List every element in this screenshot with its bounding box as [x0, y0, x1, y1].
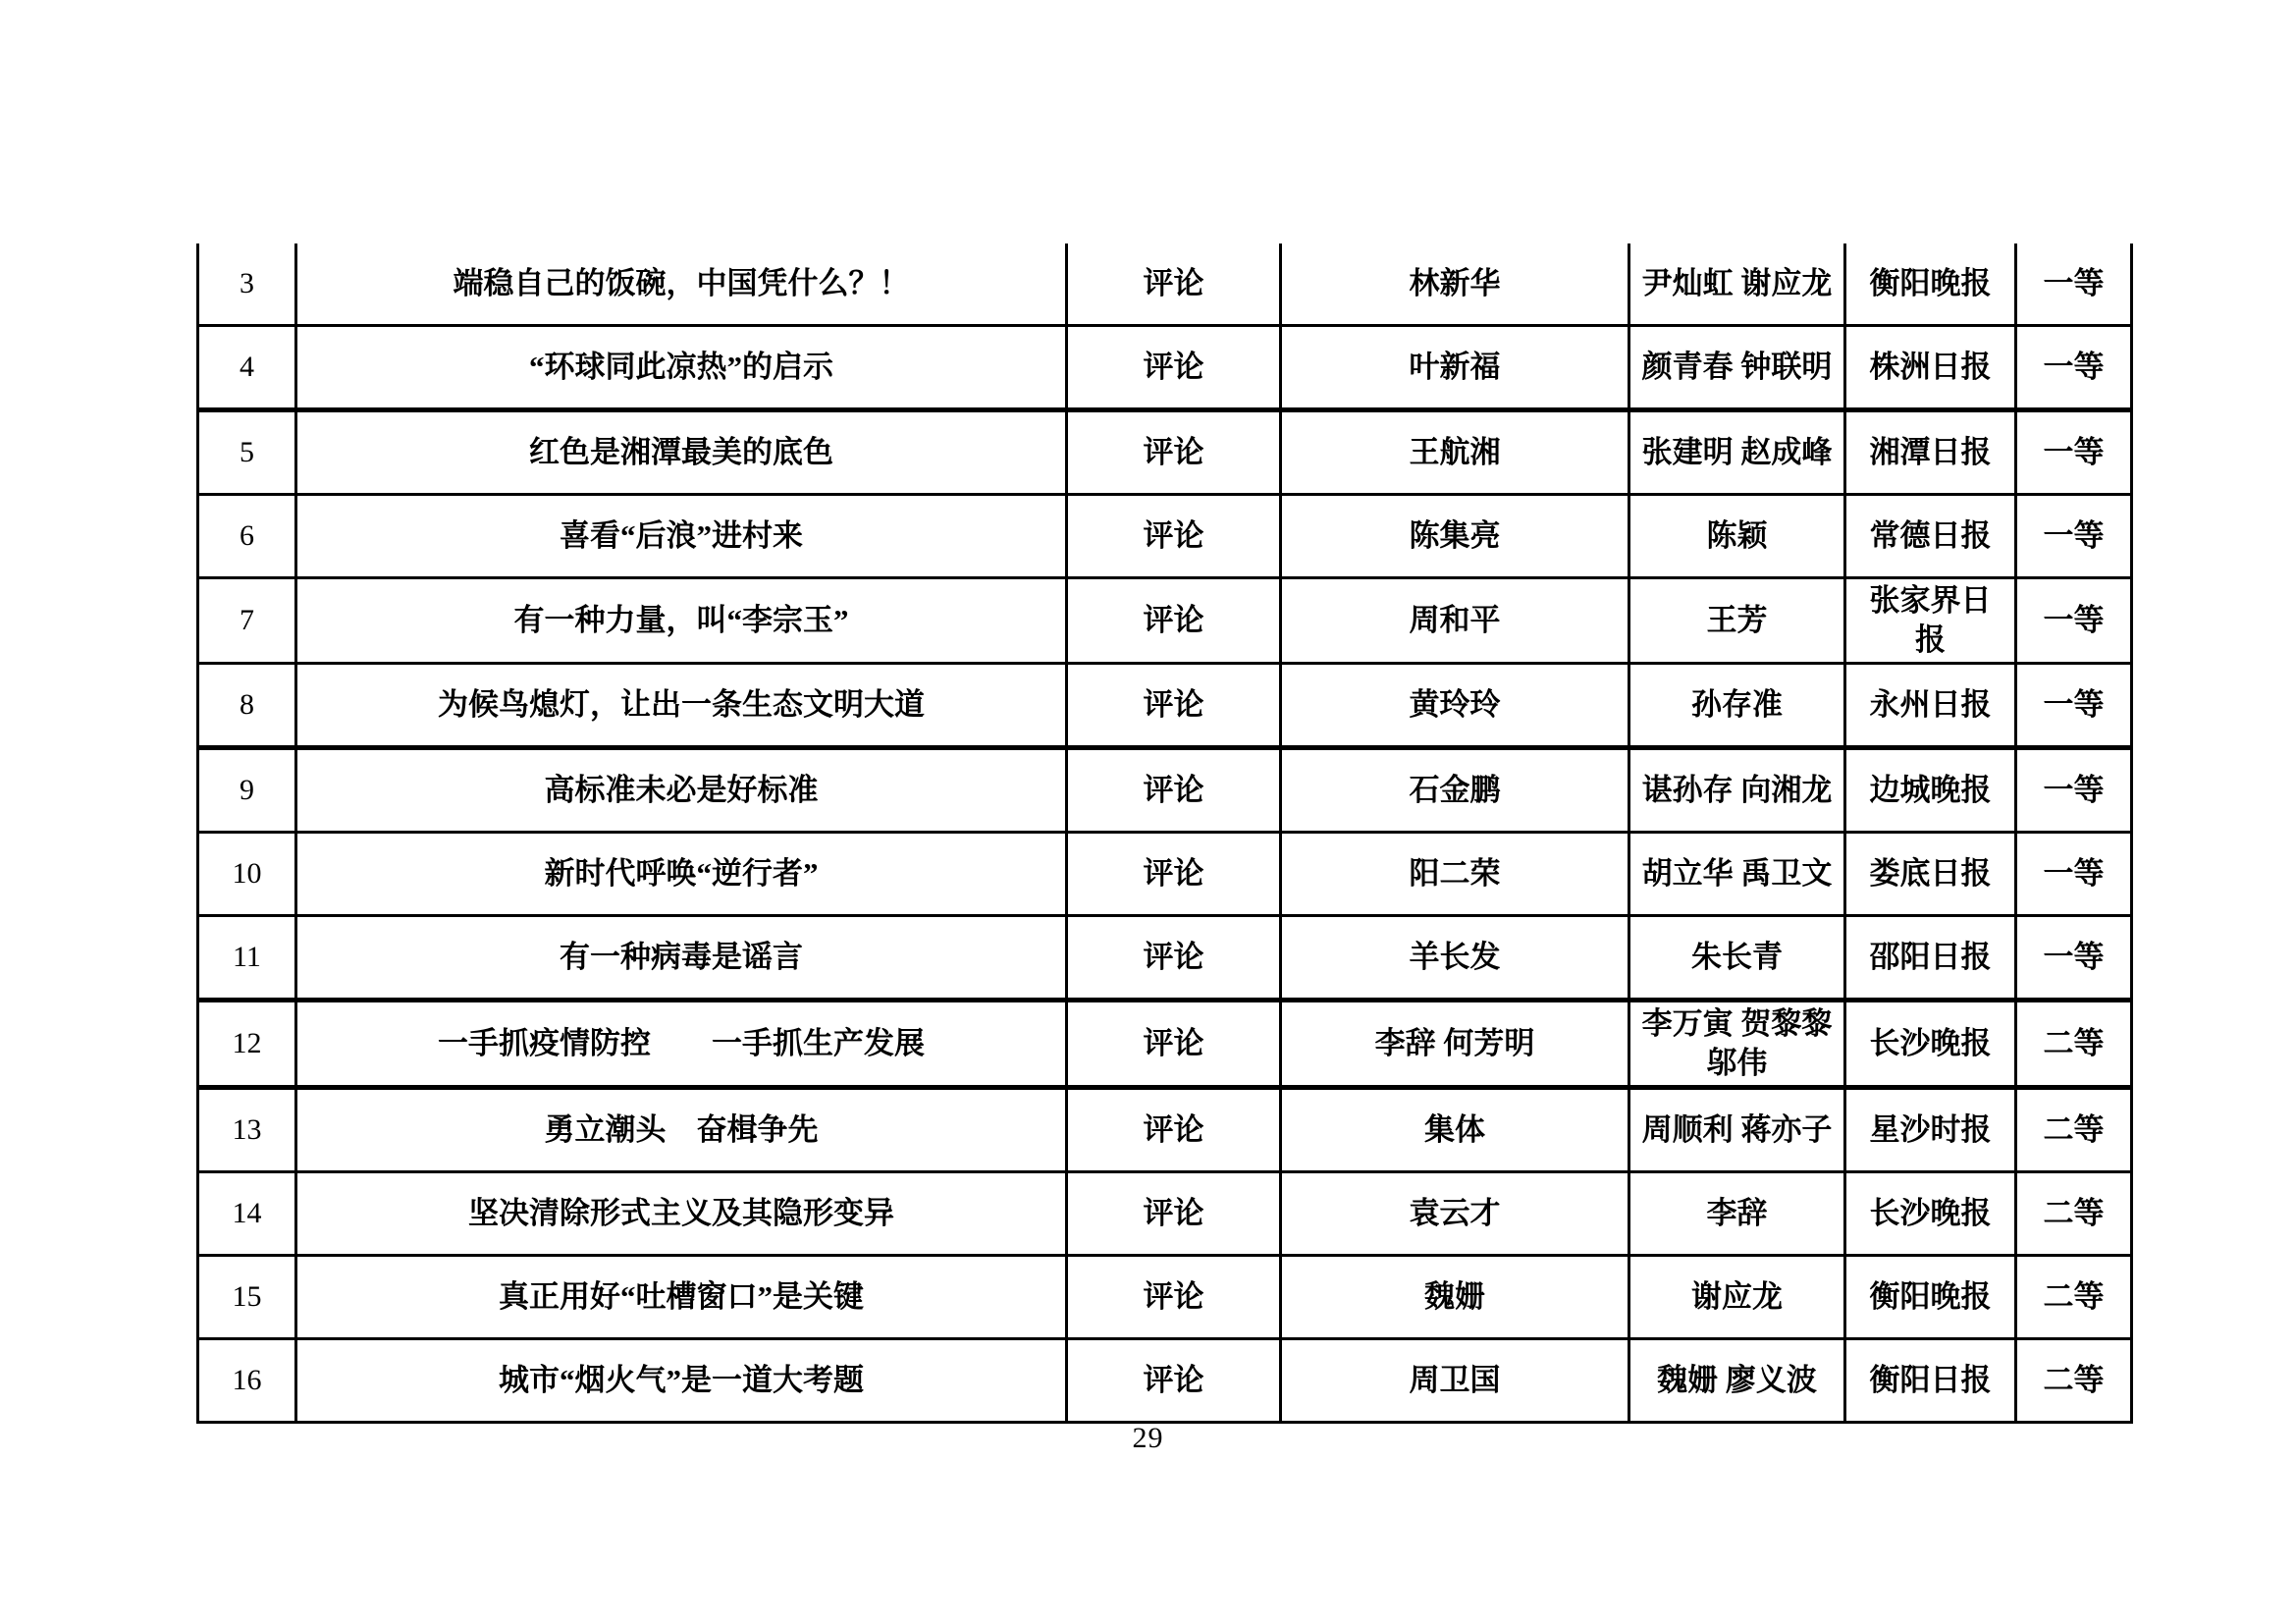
- cell-title: 真正用好“吐槽窗口”是关键: [296, 1256, 1067, 1339]
- cell-editor: 张建明 赵成峰: [1629, 410, 1845, 495]
- table-row: 4“环球同此凉热”的启示评论叶新福颜青春 钟联明株洲日报一等: [198, 326, 2132, 410]
- table-row: 11有一种病毒是谣言评论羊长发朱长青邵阳日报一等: [198, 916, 2132, 1001]
- cell-newspaper: 星沙时报: [1845, 1088, 2016, 1172]
- page-number: 29: [0, 1422, 2296, 1455]
- table-row: 10新时代呼唤“逆行者”评论阳二荣胡立华 禹卫文娄底日报一等: [198, 833, 2132, 916]
- cell-category: 评论: [1067, 410, 1281, 495]
- table-row: 8为候鸟熄灯，让出一条生态文明大道评论黄玲玲孙存准永州日报一等: [198, 664, 2132, 748]
- cell-title: 红色是湘潭最美的底色: [296, 410, 1067, 495]
- cell-grade: 一等: [2016, 244, 2132, 326]
- cell-author: 周和平: [1281, 578, 1629, 664]
- table-row: 9高标准未必是好标准评论石金鹏谌孙存 向湘龙边城晚报一等: [198, 748, 2132, 833]
- cell-category: 评论: [1067, 916, 1281, 1001]
- cell-editor: 魏姗 廖义波: [1629, 1339, 1845, 1423]
- cell-num: 13: [198, 1088, 296, 1172]
- cell-num: 12: [198, 1001, 296, 1088]
- cell-newspaper: 永州日报: [1845, 664, 2016, 748]
- cell-num: 6: [198, 495, 296, 578]
- cell-author: 羊长发: [1281, 916, 1629, 1001]
- cell-newspaper: 常德日报: [1845, 495, 2016, 578]
- cell-editor: 李万寅 贺黎黎 邬伟: [1629, 1001, 1845, 1088]
- cell-editor: 谌孙存 向湘龙: [1629, 748, 1845, 833]
- cell-title: 为候鸟熄灯，让出一条生态文明大道: [296, 664, 1067, 748]
- cell-editor: 谢应龙: [1629, 1256, 1845, 1339]
- cell-num: 16: [198, 1339, 296, 1423]
- cell-grade: 二等: [2016, 1001, 2132, 1088]
- cell-newspaper: 株洲日报: [1845, 326, 2016, 410]
- document-page: 3端稳自己的饭碗，中国凭什么？！评论林新华尹灿虹 谢应龙衡阳晚报一等4“环球同此…: [0, 0, 2296, 1624]
- cell-editor: 颜青春 钟联明: [1629, 326, 1845, 410]
- cell-grade: 一等: [2016, 578, 2132, 664]
- cell-title: 喜看“后浪”进村来: [296, 495, 1067, 578]
- cell-newspaper: 娄底日报: [1845, 833, 2016, 916]
- cell-newspaper: 长沙晚报: [1845, 1172, 2016, 1256]
- cell-author: 袁云才: [1281, 1172, 1629, 1256]
- cell-num: 7: [198, 578, 296, 664]
- cell-author: 魏姗: [1281, 1256, 1629, 1339]
- cell-title: 有一种病毒是谣言: [296, 916, 1067, 1001]
- cell-grade: 一等: [2016, 410, 2132, 495]
- cell-num: 9: [198, 748, 296, 833]
- table-row: 3端稳自己的饭碗，中国凭什么？！评论林新华尹灿虹 谢应龙衡阳晚报一等: [198, 244, 2132, 326]
- cell-title: 勇立潮头 奋楫争先: [296, 1088, 1067, 1172]
- cell-category: 评论: [1067, 1256, 1281, 1339]
- cell-editor: 孙存准: [1629, 664, 1845, 748]
- table-row: 12一手抓疫情防控 一手抓生产发展评论李辞 何芳明李万寅 贺黎黎 邬伟长沙晚报二…: [198, 1001, 2132, 1088]
- table-row: 13勇立潮头 奋楫争先评论集体周顺利 蒋亦子星沙时报二等: [198, 1088, 2132, 1172]
- table-row: 15真正用好“吐槽窗口”是关键评论魏姗谢应龙衡阳晚报二等: [198, 1256, 2132, 1339]
- cell-category: 评论: [1067, 578, 1281, 664]
- cell-author: 集体: [1281, 1088, 1629, 1172]
- cell-newspaper: 衡阳晚报: [1845, 244, 2016, 326]
- cell-newspaper: 张家界日 报: [1845, 578, 2016, 664]
- cell-title: 端稳自己的饭碗，中国凭什么？！: [296, 244, 1067, 326]
- cell-category: 评论: [1067, 495, 1281, 578]
- cell-editor: 周顺利 蒋亦子: [1629, 1088, 1845, 1172]
- table-row: 16城市“烟火气”是一道大考题评论周卫国魏姗 廖义波衡阳日报二等: [198, 1339, 2132, 1423]
- cell-title: 有一种力量，叫“李宗玉”: [296, 578, 1067, 664]
- cell-num: 10: [198, 833, 296, 916]
- cell-category: 评论: [1067, 1339, 1281, 1423]
- cell-author: 黄玲玲: [1281, 664, 1629, 748]
- cell-category: 评论: [1067, 748, 1281, 833]
- table-row: 6喜看“后浪”进村来评论陈集亮陈颖常德日报一等: [198, 495, 2132, 578]
- cell-title: 高标准未必是好标准: [296, 748, 1067, 833]
- cell-num: 14: [198, 1172, 296, 1256]
- cell-num: 11: [198, 916, 296, 1001]
- cell-num: 15: [198, 1256, 296, 1339]
- cell-category: 评论: [1067, 833, 1281, 916]
- cell-title: “环球同此凉热”的启示: [296, 326, 1067, 410]
- table-row: 5红色是湘潭最美的底色评论王航湘张建明 赵成峰湘潭日报一等: [198, 410, 2132, 495]
- cell-grade: 一等: [2016, 664, 2132, 748]
- cell-author: 陈集亮: [1281, 495, 1629, 578]
- cell-category: 评论: [1067, 244, 1281, 326]
- cell-title: 一手抓疫情防控 一手抓生产发展: [296, 1001, 1067, 1088]
- cell-num: 3: [198, 244, 296, 326]
- cell-grade: 一等: [2016, 833, 2132, 916]
- cell-editor: 李辞: [1629, 1172, 1845, 1256]
- cell-author: 王航湘: [1281, 410, 1629, 495]
- cell-grade: 一等: [2016, 495, 2132, 578]
- cell-newspaper: 边城晚报: [1845, 748, 2016, 833]
- cell-grade: 一等: [2016, 916, 2132, 1001]
- cell-title: 新时代呼唤“逆行者”: [296, 833, 1067, 916]
- cell-category: 评论: [1067, 664, 1281, 748]
- cell-newspaper: 长沙晚报: [1845, 1001, 2016, 1088]
- cell-author: 阳二荣: [1281, 833, 1629, 916]
- cell-editor: 朱长青: [1629, 916, 1845, 1001]
- cell-num: 5: [198, 410, 296, 495]
- cell-editor: 王芳: [1629, 578, 1845, 664]
- cell-author: 周卫国: [1281, 1339, 1629, 1423]
- cell-editor: 尹灿虹 谢应龙: [1629, 244, 1845, 326]
- cell-num: 4: [198, 326, 296, 410]
- cell-newspaper: 邵阳日报: [1845, 916, 2016, 1001]
- cell-grade: 二等: [2016, 1088, 2132, 1172]
- cell-grade: 二等: [2016, 1172, 2132, 1256]
- cell-grade: 二等: [2016, 1256, 2132, 1339]
- awards-table: 3端稳自己的饭碗，中国凭什么？！评论林新华尹灿虹 谢应龙衡阳晚报一等4“环球同此…: [196, 244, 2133, 1424]
- cell-category: 评论: [1067, 326, 1281, 410]
- cell-category: 评论: [1067, 1001, 1281, 1088]
- cell-num: 8: [198, 664, 296, 748]
- cell-category: 评论: [1067, 1088, 1281, 1172]
- cell-author: 叶新福: [1281, 326, 1629, 410]
- cell-editor: 陈颖: [1629, 495, 1845, 578]
- cell-title: 坚决清除形式主义及其隐形变异: [296, 1172, 1067, 1256]
- cell-editor: 胡立华 禹卫文: [1629, 833, 1845, 916]
- table-row: 7有一种力量，叫“李宗玉”评论周和平王芳张家界日 报一等: [198, 578, 2132, 664]
- cell-grade: 一等: [2016, 326, 2132, 410]
- cell-author: 李辞 何芳明: [1281, 1001, 1629, 1088]
- cell-author: 石金鹏: [1281, 748, 1629, 833]
- cell-author: 林新华: [1281, 244, 1629, 326]
- cell-newspaper: 衡阳晚报: [1845, 1256, 2016, 1339]
- cell-newspaper: 湘潭日报: [1845, 410, 2016, 495]
- cell-newspaper: 衡阳日报: [1845, 1339, 2016, 1423]
- table-row: 14坚决清除形式主义及其隐形变异评论袁云才李辞长沙晚报二等: [198, 1172, 2132, 1256]
- cell-grade: 一等: [2016, 748, 2132, 833]
- cell-category: 评论: [1067, 1172, 1281, 1256]
- cell-grade: 二等: [2016, 1339, 2132, 1423]
- cell-title: 城市“烟火气”是一道大考题: [296, 1339, 1067, 1423]
